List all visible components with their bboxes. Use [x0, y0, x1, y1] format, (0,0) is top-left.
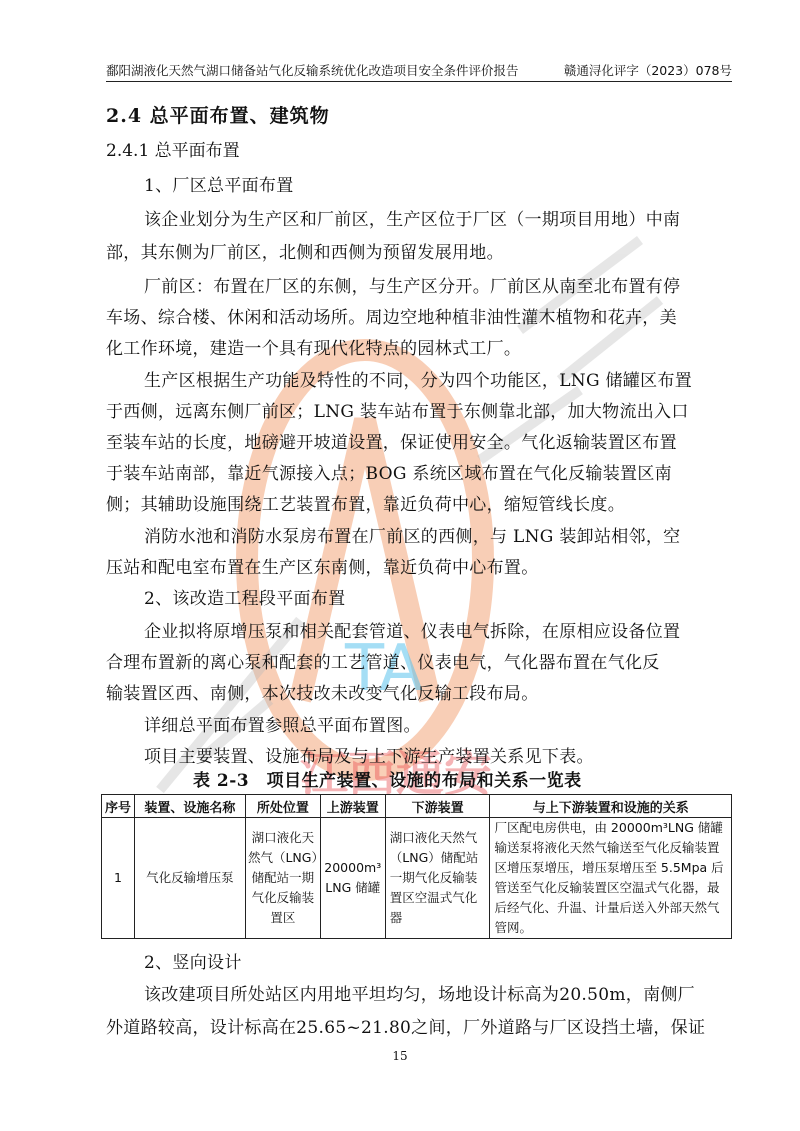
body-line: 于西侧，远离东侧厂前区；LNG 装车站布置于东侧靠北部，加大物流出入口 [106, 397, 689, 422]
cell-name: 气化反输增压泵 [134, 818, 245, 939]
body-line: 1、厂区总平面布置 [144, 171, 294, 196]
table-header-row: 序号 装置、设施名称 所处位置 上游装置 下游装置 与上下游装置和设施的关系 [102, 795, 732, 818]
body-line: 化工作环境，建造一个具有现代化特点的园林式工厂。 [106, 334, 521, 359]
body-line: 2、该改造工程段平面布置 [144, 584, 345, 609]
column-header: 所处位置 [245, 795, 320, 818]
cell-relation: 厂区配电房供电，由 20000m³LNG 储罐输送泵将液化天然气输送至气化反输装… [490, 818, 732, 939]
column-header: 装置、设施名称 [134, 795, 245, 818]
body-line: 于装车站南部，靠近气源接入点；BOG 系统区域布置在气化反输装置区南 [106, 459, 672, 484]
subsection-heading: 2.4.1 总平面布置 [106, 136, 240, 161]
body-line: 合理布置新的离心泵和配套的工艺管道、仪表电气，气化器布置在气化反 [106, 648, 660, 673]
body-line: 2、竖向设计 [144, 948, 242, 973]
body-line: 侧；其辅助设施围绕工艺装置布置，靠近负荷中心，缩短管线长度。 [106, 490, 625, 515]
body-line: 输装置区西、南侧，本次技改未改变气化反输工段布局。 [106, 679, 539, 704]
body-line: 消防水池和消防水泵房布置在厂前区的西侧，与 LNG 装卸站相邻，空 [144, 522, 680, 547]
body-line: 至装车站的长度，地磅避开坡道设置，保证使用安全。气化返输装置区布置 [106, 428, 677, 453]
table-caption: 表 2-3 项目生产装置、设施的布局和关系一览表 [193, 766, 582, 791]
report-title: 鄱阳湖液化天然气湖口储备站气化反输系统优化改造项目安全条件评价报告 [106, 63, 519, 79]
section-heading: 2.4 总平面布置、建筑物 [106, 101, 330, 128]
body-line: 部，其东侧为厂前区，北侧和西侧为预留发展用地。 [106, 238, 504, 263]
page-number: 15 [0, 1049, 800, 1063]
body-line: 详细总平面布置参照总平面布置图。 [144, 711, 421, 736]
body-line: 外道路较高，设计标高在25.65~21.80之间，厂外道路与厂区设挡土墙，保证 [106, 1013, 705, 1038]
column-header: 下游装置 [385, 795, 490, 818]
body-line: 压站和配电室布置在生产区东南侧，靠近负荷中心布置。 [106, 553, 539, 578]
cell-upstream: 20000m³ LNG 储罐 [320, 818, 385, 939]
running-header: 鄱阳湖液化天然气湖口储备站气化反输系统优化改造项目安全条件评价报告 赣通浔化评字… [106, 63, 732, 82]
body-line: 企业拟将原增压泵和相关配套管道、仪表电气拆除，在原相应设备位置 [144, 617, 680, 642]
body-line: 该改建项目所处站区内用地平坦均匀，场地设计标高为20.50m，南侧厂 [144, 980, 695, 1005]
column-header: 与上下游装置和设施的关系 [490, 795, 732, 818]
body-line: 该企业划分为生产区和厂前区，生产区位于厂区（一期项目用地）中南 [144, 205, 680, 230]
body-line: 厂前区：布置在厂区的东侧，与生产区分开。厂前区从南至北布置有停 [144, 272, 680, 297]
document-number: 赣通浔化评字（2023）078号 [564, 63, 732, 79]
body-line: 生产区根据生产功能及特性的不同，分为四个功能区，LNG 储罐区布置 [144, 366, 692, 391]
column-header: 上游装置 [320, 795, 385, 818]
cell-downstream: 湖口液化天然气（LNG）储配站一期气化反输装置区空温式气化器 [385, 818, 490, 939]
cell-no: 1 [102, 818, 135, 939]
layout-relation-table: 序号 装置、设施名称 所处位置 上游装置 下游装置 与上下游装置和设施的关系 1… [101, 794, 732, 939]
document-page: TA 江西通安 鄱阳湖液化天然气湖口储备站气化反输系统优化改造项目安全条件评价报… [0, 0, 800, 1131]
cell-location: 湖口液化天然气（LNG）储配站一期气化反输装置区 [245, 818, 320, 939]
table-row: 1 气化反输增压泵 湖口液化天然气（LNG）储配站一期气化反输装置区 20000… [102, 818, 732, 939]
body-line: 项目主要装置、设施布局及与上下游生产装置关系见下表。 [144, 742, 594, 767]
column-header: 序号 [102, 795, 135, 818]
body-line: 车场、综合楼、休闲和活动场所。周边空地种植非油性灌木植物和花卉，美 [106, 303, 677, 328]
